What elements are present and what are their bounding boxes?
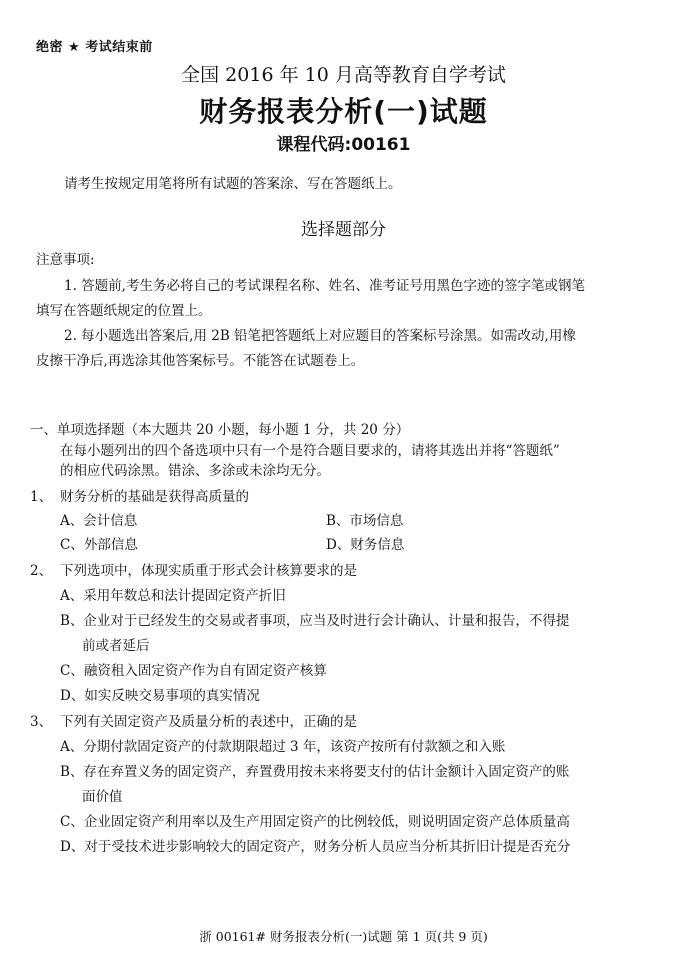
notes-title: 注意事项:: [36, 248, 95, 268]
question-3-option-d: D、对于受技术进步影响较大的固定资产，财务分析人员应当分析其折旧计提是否充分: [60, 835, 570, 855]
question-1-option-d: D、财务信息: [326, 533, 404, 553]
question-1-option-a: A、会计信息: [60, 509, 137, 529]
question-2-option-b: B、企业对于已经发生的交易或者事项，应当及时进行会计确认、计量和报告，不得提: [60, 609, 569, 629]
question-2-option-a: A、采用年数总和法计提固定资产折旧: [60, 584, 286, 604]
question-1-option-c: C、外部信息: [60, 533, 138, 553]
question-3-option-b: B、存在弃置义务的固定资产，弃置费用按未来将要支付的估计金额计入固定资产的账: [60, 760, 569, 780]
question-2-option-d: D、如实反映交易事项的真实情况: [60, 684, 260, 704]
question-2-option-c: C、融资租入固定资产作为自有固定资产核算: [60, 659, 327, 679]
question-2-number: 2、: [30, 559, 52, 579]
note-1-line-1: 1. 答题前,考生务必将自己的考试课程名称、姓名、准考证号用黑色字迹的签字笔或钢…: [64, 274, 585, 294]
page-footer: 浙 00161# 财务报表分析(一)试题 第 1 页(共 9 页): [0, 927, 687, 945]
part1-desc-line-2: 的相应代码涂黑。错涂、多涂或未涂均无分。: [60, 459, 330, 479]
question-3-option-c: C、企业固定资产利用率以及生产用固定资产的比例较低，则说明固定资产总体质量高: [60, 810, 570, 830]
general-instruction: 请考生按规定用笔将所有试题的答案涂、写在答题纸上。: [64, 172, 402, 192]
question-2-text: 下列选项中，体现实质重于形式会计核算要求的是: [60, 559, 357, 579]
section-title: 选择题部分: [0, 215, 687, 240]
question-1-text: 财务分析的基础是获得高质量的: [60, 485, 249, 505]
page-title: 财务报表分析(一)试题: [0, 90, 687, 130]
question-1-number: 1、: [30, 485, 52, 505]
course-code: 课程代码:00161: [0, 130, 687, 155]
question-3-option-a: A、分期付款固定资产的付款期限超过 3 年，该资产按所有付款额之和入账: [60, 735, 505, 755]
question-3-number: 3、: [30, 710, 52, 730]
question-3-option-b-cont: 面价值: [82, 785, 123, 805]
note-1-line-2: 填写在答题纸规定的位置上。: [36, 299, 212, 319]
note-2-line-2: 皮擦干净后,再选涂其他答案标号。不能答在试题卷上。: [36, 349, 364, 369]
part1-desc-line-1: 在每小题列出的四个备选项中只有一个是符合题目要求的，请将其选出并将“答题纸”: [60, 439, 560, 459]
question-3-text: 下列有关固定资产及质量分析的表述中，正确的是: [60, 710, 357, 730]
note-2-line-1: 2. 每小题选出答案后,用 2B 铅笔把答题纸上对应题目的答案标号涂黑。如需改动…: [64, 324, 576, 344]
part1-heading: 一、单项选择题（本大题共 20 小题，每小题 1 分，共 20 分）: [30, 418, 409, 438]
question-2-option-b-cont: 前或者延后: [82, 634, 150, 654]
question-1-option-b: B、市场信息: [326, 509, 403, 529]
exam-session-line: 全国 2016 年 10 月高等教育自学考试: [0, 60, 687, 87]
confidential-mark: 绝密 ★ 考试结束前: [36, 36, 153, 55]
